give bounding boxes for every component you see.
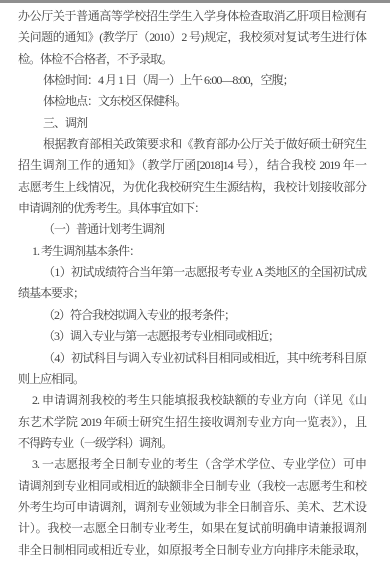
text-line-25: 计）。我校一志愿全日制专业考生，如果在复试前明确申请兼报调剂: [18, 518, 366, 539]
text-line-14: 绩基本要求；: [18, 283, 366, 304]
text-line-13: （1）初试成绩符合当年第一志愿报考专业 A 类地区的全国初试成: [18, 262, 366, 283]
text-line-10: 申请调剂的优秀考生。具体事宜如下：: [18, 198, 366, 219]
text-line-11: （一）普通计划考生调剂: [18, 219, 366, 240]
text-line-16: （3）调入专业与第一志愿报考专业相同或相近；: [18, 326, 366, 347]
text-line-23: 请调剂到专业相同或相近的缺额非全日制专业（我校一志愿考生和校: [18, 476, 366, 497]
text-line-7: 根据教育部相关政策要求和《教育部办公厅关于做好硕士研究生: [18, 134, 366, 155]
text-line-6: 三、调剂: [18, 113, 366, 134]
text-line-26: 非全日制相同或相近专业，如原报考全日制专业方向排序未能录取，: [18, 540, 366, 561]
text-line-5: 体检地点：文东校区保健科。: [18, 91, 366, 112]
document-page: 办公厅关于普通高等学校招生学生入学身体检查取消乙肝项目检测有关问题的通知》(教学…: [0, 0, 390, 572]
text-line-1: 办公厅关于普通高等学校招生学生入学身体检查取消乙肝项目检测有: [18, 6, 366, 27]
text-line-9: 志愿考生上线情况，为优化我校研究生生源结构，我校计划接收部分: [18, 177, 366, 198]
text-line-18: 则上应相同。: [18, 369, 366, 390]
text-line-19: 2. 申请调剂我校的考生只能填报我校缺额的专业方向（详见《山: [18, 390, 366, 411]
text-line-3: 检。体检不合格者，不予录取。: [18, 49, 366, 70]
document-body: 办公厅关于普通高等学校招生学生入学身体检查取消乙肝项目检测有关问题的通知》(教学…: [0, 6, 390, 561]
text-line-4: 体检时间：4 月 1 日（周一）上午 6:00—8:00，空腹；: [18, 70, 366, 91]
text-line-22: 3. 一志愿报考全日制专业的考生（含学术学位、专业学位）可申: [18, 454, 366, 475]
text-line-2: 关问题的通知》(教学厅（2010）2 号)规定，我校须对复试考生进行体: [18, 27, 366, 48]
text-line-21: 不得跨专业（一级学科）调剂。: [18, 433, 366, 454]
text-line-15: （2）符合我校拟调入专业的报考条件；: [18, 305, 366, 326]
text-line-12: 1. 考生调剂基本条件：: [18, 241, 366, 262]
text-line-24: 外考生均可申请调剂，调剂专业领域为非全日制音乐、美术、艺术设: [18, 497, 366, 518]
text-line-17: （4）初试科目与调入专业初试科目相同或相近，其中统考科目原: [18, 348, 366, 369]
window-top-border: [0, 0, 390, 3]
text-line-8: 招生调剂工作的通知》（教学厅函[2018]14 号），结合我校 2019 年一: [18, 155, 366, 176]
text-line-20: 东艺术学院 2019 年硕士研究生招生接收调剂专业方向一览表》），且: [18, 412, 366, 433]
